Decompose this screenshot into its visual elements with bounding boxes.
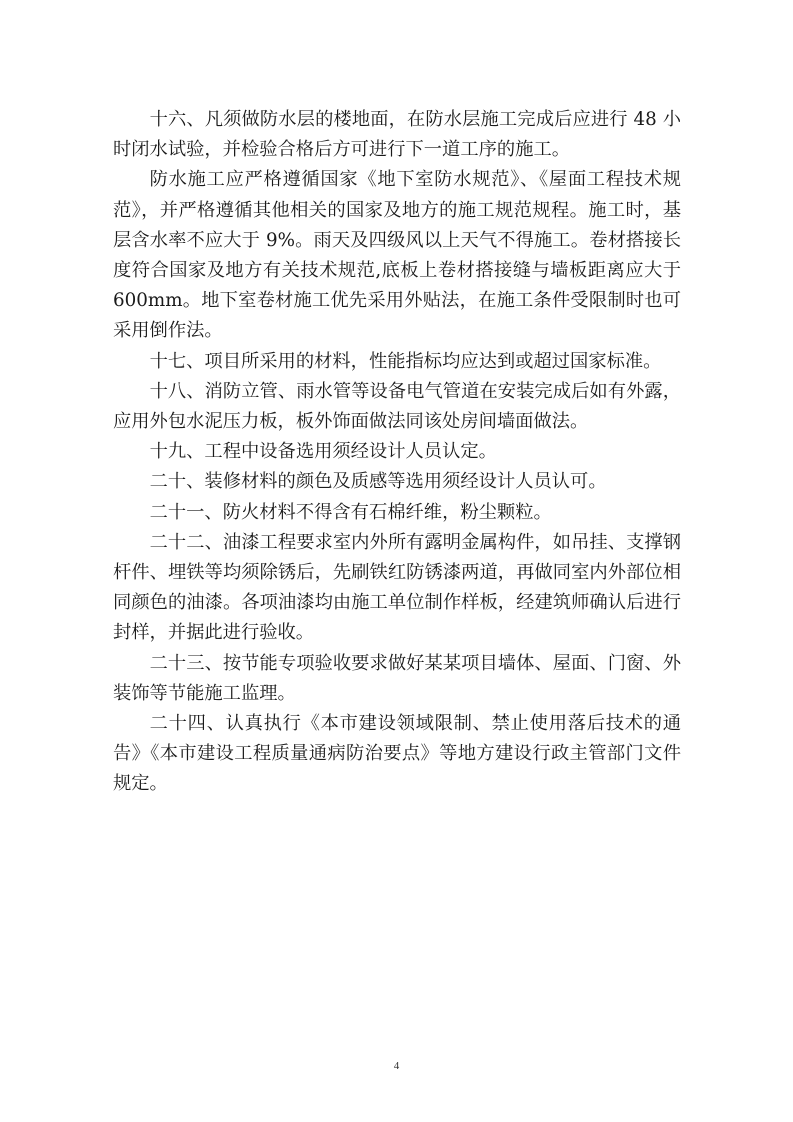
document-body: 十六、凡须做防水层的楼地面，在防水层施工完成后应进行 48 小时闭水试验，并检验… (113, 105, 681, 800)
paragraph-22: 二十二、油漆工程要求室内外所有露明金属构件，如吊挂、支撑钢杆件、埋铁等均须除锈后… (113, 528, 681, 649)
paragraph-16: 十六、凡须做防水层的楼地面，在防水层施工完成后应进行 48 小时闭水试验，并检验… (113, 105, 681, 165)
page-number: 4 (0, 1060, 793, 1072)
paragraph-21: 二十一、防火材料不得含有石棉纤维，粉尘颗粒。 (113, 498, 681, 528)
paragraph-24: 二十四、认真执行《本市建设领域限制、禁止使用落后技术的通告》《本市建设工程质量通… (113, 709, 681, 800)
paragraph-19: 十九、工程中设备选用须经设计人员认定。 (113, 437, 681, 467)
paragraph-20: 二十、装修材料的颜色及质感等选用须经设计人员认可。 (113, 467, 681, 497)
paragraph-18: 十八、消防立管、雨水管等设备电气管道在安装完成后如有外露，应用外包水泥压力板，板… (113, 377, 681, 437)
paragraph-23: 二十三、按节能专项验收要求做好某某项目墙体、屋面、门窗、外装饰等节能施工监理。 (113, 649, 681, 709)
paragraph-waterproofing: 防水施工应严格遵循国家《地下室防水规范》、《屋面工程技术规范》，并严格遵循其他相… (113, 165, 681, 346)
paragraph-17: 十七、项目所采用的材料，性能指标均应达到或超过国家标准。 (113, 347, 681, 377)
